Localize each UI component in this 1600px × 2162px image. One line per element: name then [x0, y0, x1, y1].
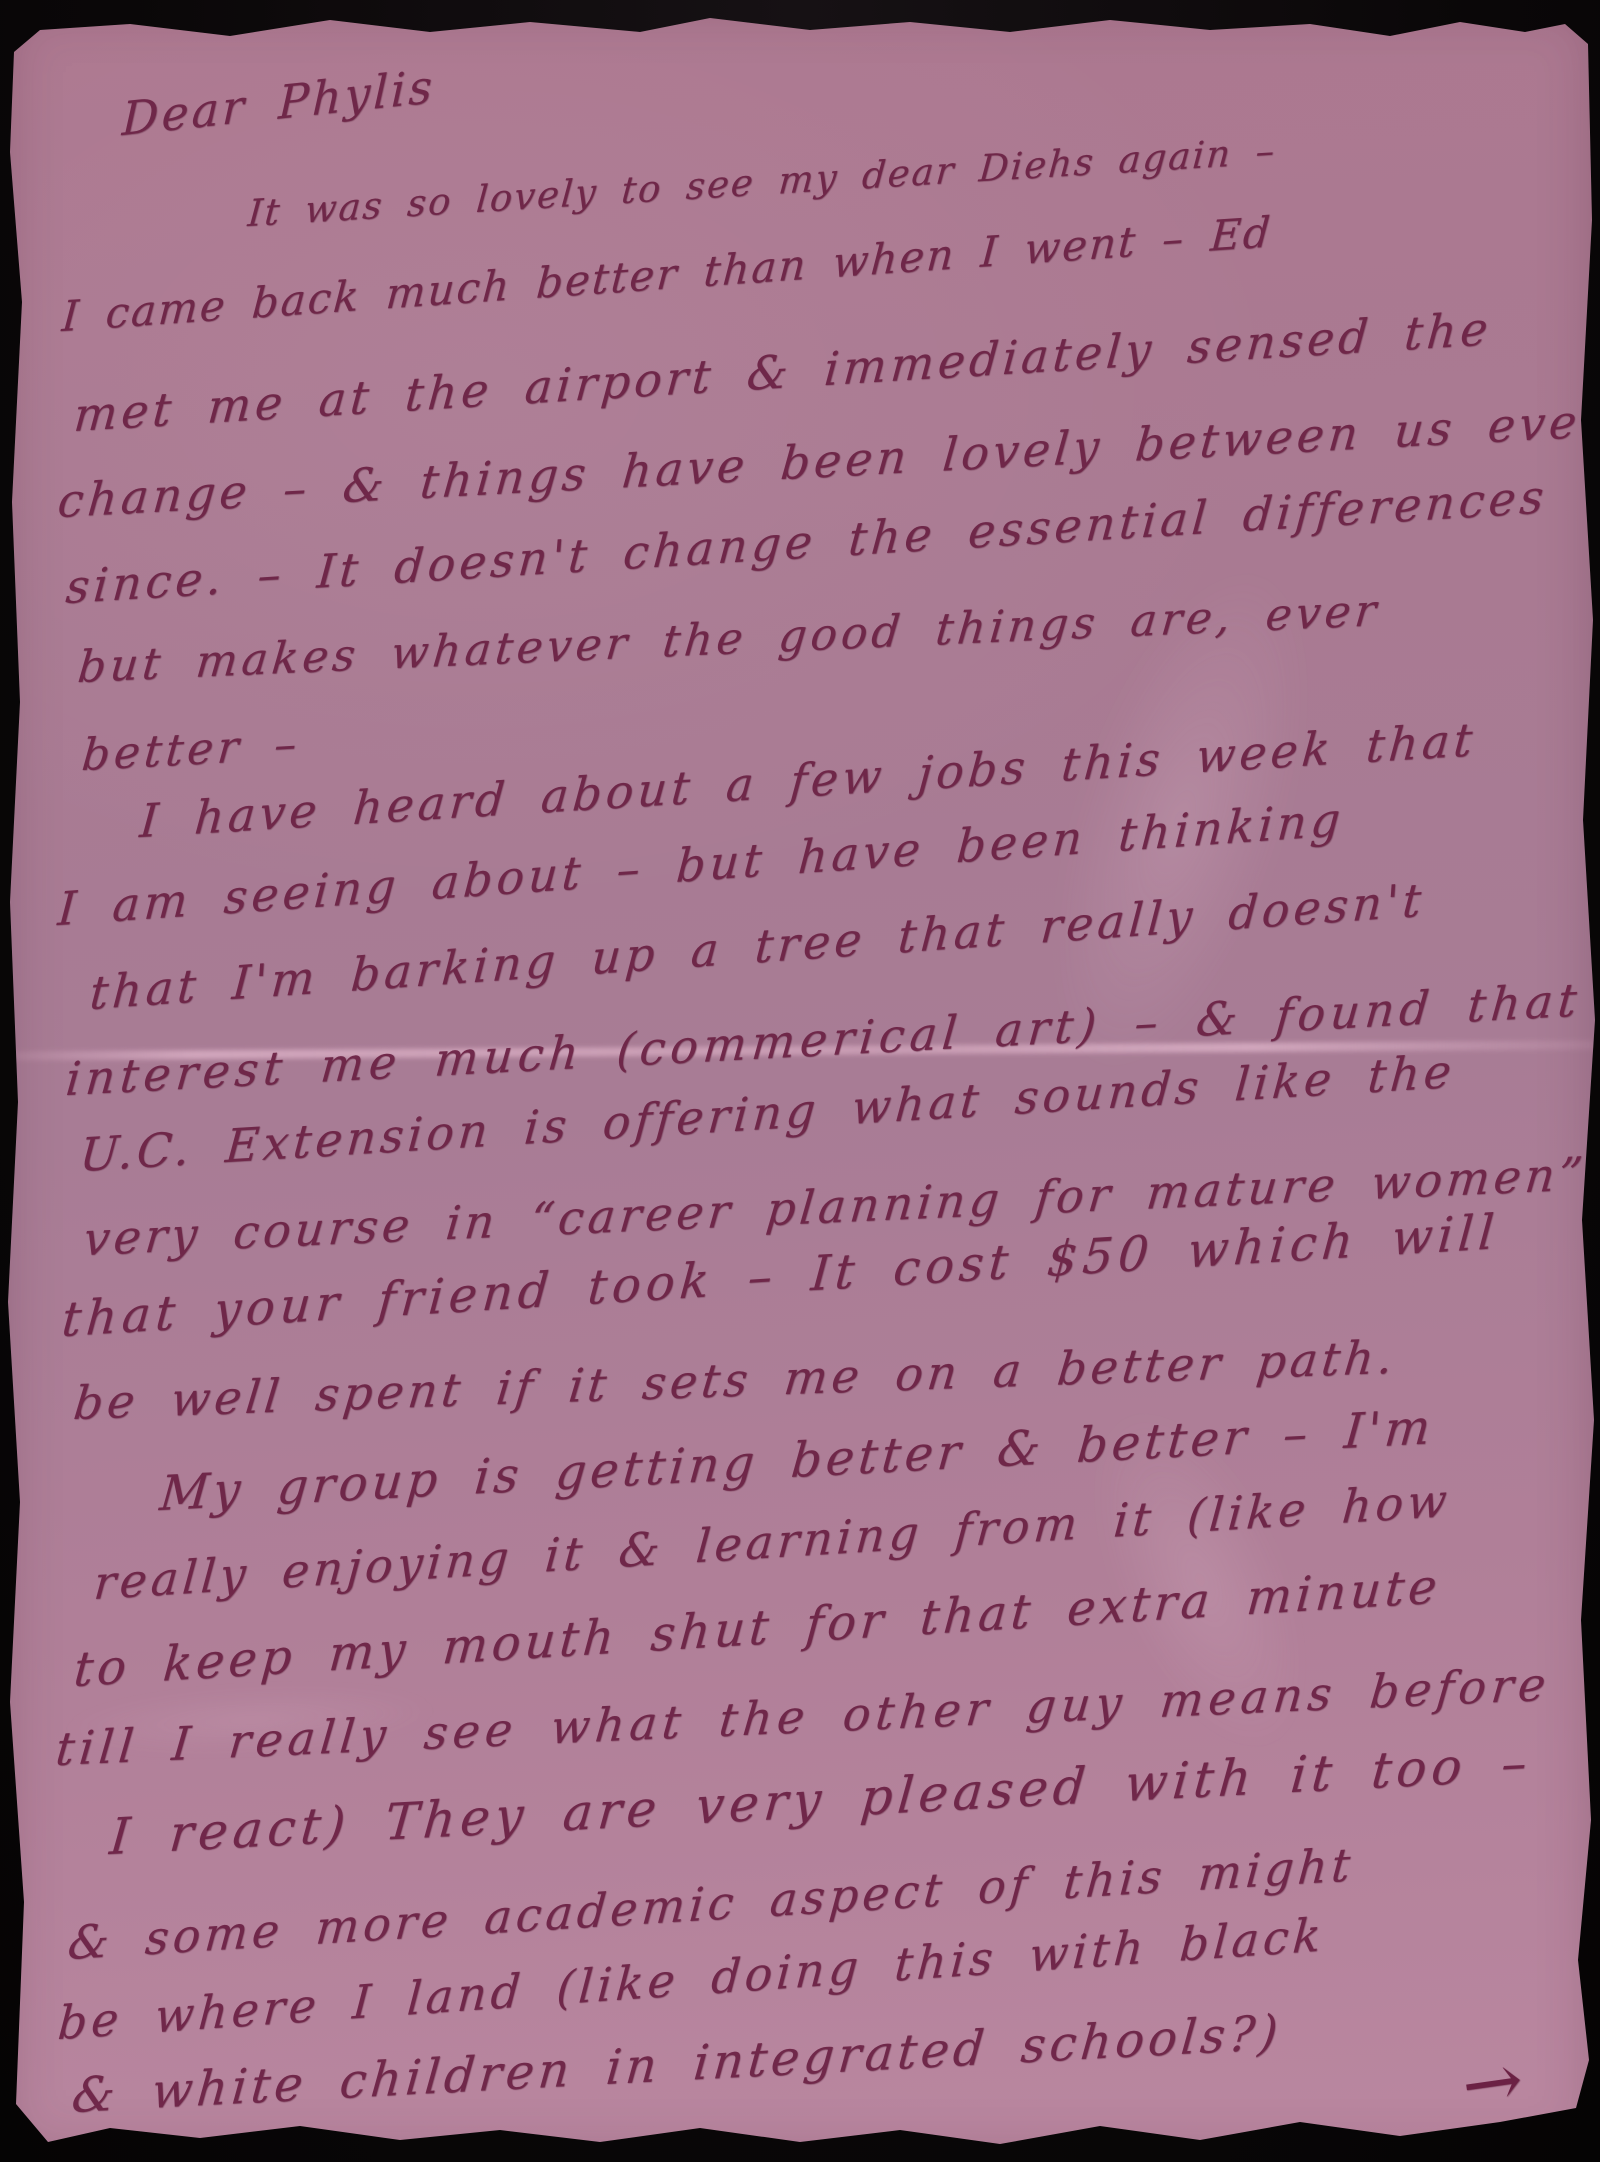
continuation-arrow: →: [1456, 2036, 1527, 2128]
letter-line: I came back much better than when I went…: [60, 207, 1273, 341]
letter-paper: Dear Phylis It was so lovely to see my d…: [0, 0, 1600, 2162]
scanned-letter-page: Dear Phylis It was so lovely to see my d…: [0, 0, 1600, 2162]
salutation: Dear Phylis: [121, 59, 436, 146]
letter-line: better –: [80, 718, 303, 781]
